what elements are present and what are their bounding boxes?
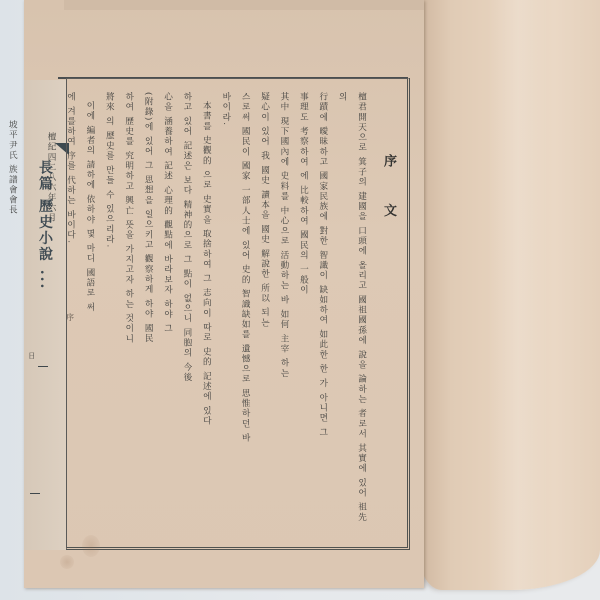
preface-title: 序 文 xyxy=(379,92,398,532)
paper-stain xyxy=(82,535,100,557)
text-column: (附錄)에 있어 그 思想을 일으키고 觀察하게 하야 國民 xyxy=(138,92,157,532)
text-column: 하여 歷史를 究明하고 興亡 뜻을 가지고자 하는 것이니 xyxy=(118,92,137,532)
text-column: 本書를 史觀的 으로 史實을 取捨하여 그 志向이 따로 史的 記述에 있다 xyxy=(196,92,215,532)
paper-sheen xyxy=(488,0,548,590)
signature-role: 坡平尹氏 族譜會會長 xyxy=(2,92,21,532)
right-page-blank xyxy=(418,0,600,590)
text-column: 其中 現下國內에 史料를 中心으로 活動하는 바 如何 主宰 하는 xyxy=(274,92,293,532)
text-column: 에 겨를하여 序를 代하는 바이다. xyxy=(60,92,79,532)
text-column: 事理도 考察하여 에 比較하여 國民의 一般이 xyxy=(293,92,312,532)
text-column: 스로써 國民이 國家 一部人士에 있어 史的 智識缺如를 遺憾으로 思惟하던 바 xyxy=(235,92,254,532)
text-column: 心을 涵養하여 記述 心理的 觀點에 바라보자 하야 그 xyxy=(157,92,176,532)
text-column: 바이라. xyxy=(215,92,234,532)
text-column: 將來 의 歷史를 만들 수 있으리라. xyxy=(99,92,118,532)
page-number: 日 xyxy=(21,92,40,532)
text-column: 疑心이 있어 我 國史 讀本을 國史 解說한 所以 되는 xyxy=(254,92,273,532)
preface-text: 序 文 檀君開天으로 箕子의 建國을 口頭에 올리고 國祖國孫에 說을 論하는 … xyxy=(80,92,398,532)
text-column: 檀君開天으로 箕子의 建國을 口頭에 올리고 國祖國孫에 說을 論하는 者로서 … xyxy=(332,92,371,532)
page-top-shade xyxy=(64,0,424,10)
preface-date: 檀紀四二八六年六月 xyxy=(41,92,60,532)
text-column: 이에 編者의 請하에 依하야 몇 마디 國語로 써 xyxy=(80,92,99,532)
text-column: 行蹟에 曖昧하고 國家民族에 對한 智識이 缺如하여 如此한 한 가 아니면 그 xyxy=(312,92,331,532)
text-column: 하고 있어 記述은 보다 精神的으로 그 點이 없으니 同胞의 今後 xyxy=(177,92,196,532)
paper-stain xyxy=(60,555,74,569)
